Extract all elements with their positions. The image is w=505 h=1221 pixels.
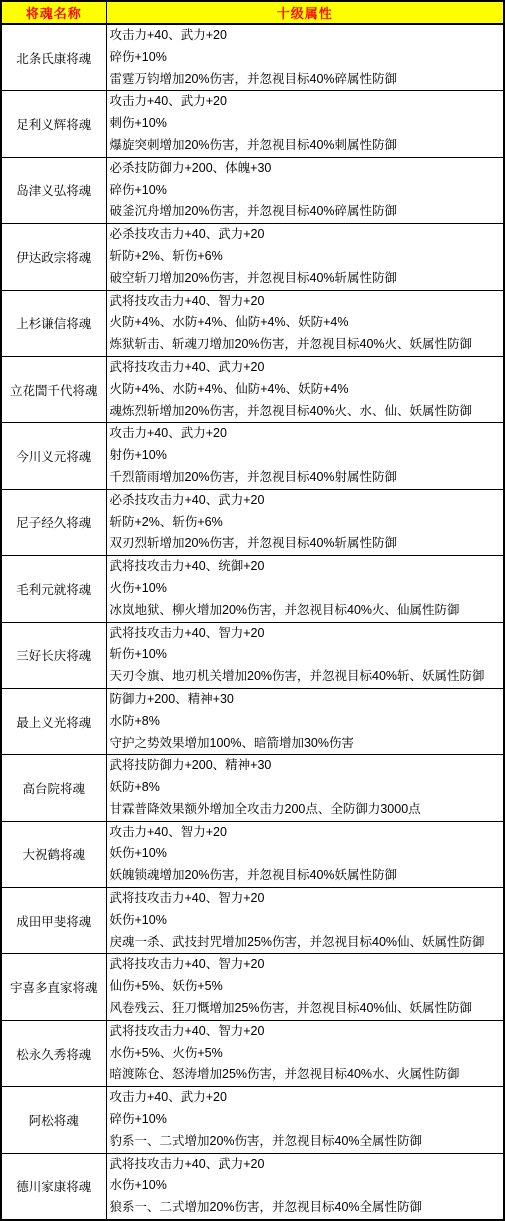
attribute-line: 火伤+10%: [110, 578, 503, 600]
attribute-line: 攻击力+40、武力+20: [110, 1087, 503, 1109]
attributes-cell: 武将技攻击力+40、智力+20火防+4%、水防+4%、仙防+4%、妖防+4%炼狱…: [106, 290, 504, 356]
attribute-line: 火防+4%、水防+4%、仙防+4%、妖防+4%: [110, 379, 503, 401]
attributes-cell: 武将技攻击力+40、智力+20仙伤+5%、妖伤+5%风卷残云、狂刀慨增加25%伤…: [106, 954, 504, 1020]
table-row: 成田甲斐将魂武将技攻击力+40、智力+20妖伤+10%戻魂一杀、武技封咒增加25…: [1, 888, 504, 954]
attribute-line: 水防+8%: [110, 711, 503, 733]
table-row: 毛利元就将魂武将技攻击力+40、统御+20火伤+10%冰岚地狱、柳火增加20%伤…: [1, 556, 504, 622]
attributes-cell: 武将技防御力+200、精神+30妖防+8%甘霖普降效果额外增加全攻击力200点、…: [106, 755, 504, 821]
table-row: 高台院将魂武将技防御力+200、精神+30妖防+8%甘霖普降效果额外增加全攻击力…: [1, 755, 504, 821]
attribute-line: 天刃令旗、地刃机关增加20%伤害，并忽视目标40%斩、妖属性防御: [110, 666, 503, 688]
attribute-line: 妖魄锁魂增加20%伤害，并忽视目标40%妖属性防御: [110, 865, 503, 887]
table-row: 最上义光将魂防御力+200、精神+30水防+8%守护之势效果增加100%、暗箭增…: [1, 688, 504, 754]
soul-name: 三好长庆将魂: [1, 622, 106, 688]
header-level10-attributes: 十级属性: [106, 1, 504, 24]
soul-name: 上杉谦信将魂: [1, 290, 106, 356]
attribute-line: 碎伤+10%: [110, 180, 503, 202]
attribute-line: 狼系一、二式增加20%伤害，并忽视目标40%全属性防御: [110, 1197, 503, 1219]
header-soul-name: 将魂名称: [1, 1, 106, 24]
attribute-line: 破釜沉舟增加20%伤害，并忽视目标40%碎属性防御: [110, 201, 503, 223]
table-row: 今川义元将魂攻击力+40、武力+20射伤+10%千烈箭雨增加20%伤害，并忽视目…: [1, 423, 504, 489]
attributes-cell: 武将技攻击力+40、武力+20火防+4%、水防+4%、仙防+4%、妖防+4%魂炼…: [106, 356, 504, 422]
attribute-line: 炼狱斩击、斩魂刀增加20%伤害，并忽视目标40%火、妖属性防御: [110, 334, 503, 356]
attribute-line: 攻击力+40、武力+20: [110, 25, 503, 47]
attributes-cell: 攻击力+40、智力+20妖伤+10%妖魄锁魂增加20%伤害，并忽视目标40%妖属…: [106, 821, 504, 887]
attributes-cell: 攻击力+40、武力+20碎伤+10%豹系一、二式增加20%伤害，并忽视目标40%…: [106, 1087, 504, 1153]
attribute-line: 斩伤+10%: [110, 644, 503, 666]
attribute-line: 武将技攻击力+40、武力+20: [110, 1154, 503, 1176]
soul-name: 高台院将魂: [1, 755, 106, 821]
attributes-cell: 防御力+200、精神+30水防+8%守护之势效果增加100%、暗箭增加30%伤害: [106, 688, 504, 754]
table-row: 伊达政宗将魂必杀技攻击力+40、武力+20斩防+2%、斩伤+6%破空斩刀增加20…: [1, 224, 504, 290]
attribute-line: 暗渡陈仓、怒涛增加25%伤害，并忽视目标40%水、火属性防御: [110, 1064, 503, 1086]
attribute-line: 武将技攻击力+40、智力+20: [110, 1021, 503, 1043]
soul-name: 足利义辉将魂: [1, 91, 106, 157]
attribute-line: 水伤+10%: [110, 1175, 503, 1197]
soul-name: 松永久秀将魂: [1, 1020, 106, 1086]
table-body: 北条氏康将魂攻击力+40、武力+20碎伤+10%雷霆万钧增加20%伤害，并忽视目…: [1, 24, 504, 1220]
attribute-line: 妖伤+10%: [110, 843, 503, 865]
attributes-cell: 攻击力+40、武力+20碎伤+10%雷霆万钧增加20%伤害，并忽视目标40%碎属…: [106, 24, 504, 91]
attribute-line: 武将技攻击力+40、智力+20: [110, 291, 503, 313]
attribute-line: 破空斩刀增加20%伤害，并忽视目标40%斩属性防御: [110, 268, 503, 290]
attribute-line: 风卷残云、狂刀慨增加25%伤害，并忽视目标40%仙、妖属性防御: [110, 998, 503, 1020]
table-row: 大祝鹤将魂攻击力+40、智力+20妖伤+10%妖魄锁魂增加20%伤害，并忽视目标…: [1, 821, 504, 887]
attributes-cell: 武将技攻击力+40、智力+20妖伤+10%戻魂一杀、武技封咒增加25%伤害，并忽…: [106, 888, 504, 954]
table-row: 上杉谦信将魂武将技攻击力+40、智力+20火防+4%、水防+4%、仙防+4%、妖…: [1, 290, 504, 356]
attribute-line: 攻击力+40、智力+20: [110, 822, 503, 844]
soul-name: 德川家康将魂: [1, 1153, 106, 1220]
attribute-line: 攻击力+40、武力+20: [110, 91, 503, 113]
table-row: 宇喜多直家将魂武将技攻击力+40、智力+20仙伤+5%、妖伤+5%风卷残云、狂刀…: [1, 954, 504, 1020]
attribute-line: 双刃烈斩增加20%伤害，并忽视目标40%斩属性防御: [110, 533, 503, 555]
attribute-line: 防御力+200、精神+30: [110, 689, 503, 711]
attribute-line: 斩防+2%、斩伤+6%: [110, 246, 503, 268]
soul-attributes-table: 将魂名称 十级属性 北条氏康将魂攻击力+40、武力+20碎伤+10%雷霆万钧增加…: [0, 0, 505, 1221]
attribute-line: 刺伤+10%: [110, 113, 503, 135]
attributes-cell: 必杀技攻击力+40、武力+20斩防+2%、斩伤+6%破空斩刀增加20%伤害，并忽…: [106, 224, 504, 290]
soul-name: 伊达政宗将魂: [1, 224, 106, 290]
table-row: 尼子经久将魂必杀技攻击力+40、武力+20斩防+2%、斩伤+6%双刃烈斩增加20…: [1, 489, 504, 555]
table-row: 立花誾千代将魂武将技攻击力+40、武力+20火防+4%、水防+4%、仙防+4%、…: [1, 356, 504, 422]
attribute-line: 射伤+10%: [110, 445, 503, 467]
attribute-line: 武将技攻击力+40、智力+20: [110, 623, 503, 645]
attribute-line: 必杀技防御力+200、体魄+30: [110, 158, 503, 180]
attribute-line: 碎伤+10%: [110, 47, 503, 69]
table-row: 阿松将魂攻击力+40、武力+20碎伤+10%豹系一、二式增加20%伤害，并忽视目…: [1, 1087, 504, 1153]
attribute-line: 妖防+8%: [110, 777, 503, 799]
attribute-line: 戻魂一杀、武技封咒增加25%伤害，并忽视目标40%仙、妖属性防御: [110, 932, 503, 954]
attribute-line: 魂炼烈斩增加20%伤害，并忽视目标40%火、水、仙、妖属性防御: [110, 401, 503, 423]
attribute-line: 冰岚地狱、柳火增加20%伤害，并忽视目标40%火、仙属性防御: [110, 600, 503, 622]
attribute-line: 千烈箭雨增加20%伤害，并忽视目标40%射属性防御: [110, 467, 503, 489]
attribute-line: 武将技攻击力+40、武力+20: [110, 357, 503, 379]
attribute-line: 武将技攻击力+40、统御+20: [110, 556, 503, 578]
attribute-line: 攻击力+40、武力+20: [110, 423, 503, 445]
soul-name: 北条氏康将魂: [1, 24, 106, 91]
table-row: 岛津义弘将魂必杀技防御力+200、体魄+30碎伤+10%破釜沉舟增加20%伤害，…: [1, 157, 504, 223]
soul-name: 岛津义弘将魂: [1, 157, 106, 223]
attributes-cell: 攻击力+40、武力+20刺伤+10%爆旋突刺增加20%伤害，并忽视目标40%刺属…: [106, 91, 504, 157]
attribute-line: 必杀技攻击力+40、武力+20: [110, 224, 503, 246]
soul-name: 宇喜多直家将魂: [1, 954, 106, 1020]
attribute-line: 仙伤+5%、妖伤+5%: [110, 976, 503, 998]
attribute-line: 武将技攻击力+40、智力+20: [110, 954, 503, 976]
attributes-cell: 武将技攻击力+40、统御+20火伤+10%冰岚地狱、柳火增加20%伤害，并忽视目…: [106, 556, 504, 622]
attribute-line: 妖伤+10%: [110, 910, 503, 932]
attributes-cell: 攻击力+40、武力+20射伤+10%千烈箭雨增加20%伤害，并忽视目标40%射属…: [106, 423, 504, 489]
attribute-line: 武将技攻击力+40、智力+20: [110, 888, 503, 910]
table-row: 三好长庆将魂武将技攻击力+40、智力+20斩伤+10%天刃令旗、地刃机关增加20…: [1, 622, 504, 688]
attribute-line: 甘霖普降效果额外增加全攻击力200点、全防御力3000点: [110, 799, 503, 821]
attributes-cell: 武将技攻击力+40、智力+20斩伤+10%天刃令旗、地刃机关增加20%伤害，并忽…: [106, 622, 504, 688]
soul-name: 阿松将魂: [1, 1087, 106, 1153]
attribute-line: 斩防+2%、斩伤+6%: [110, 512, 503, 534]
soul-name: 最上义光将魂: [1, 688, 106, 754]
soul-name: 大祝鹤将魂: [1, 821, 106, 887]
attribute-line: 水伤+5%、火伤+5%: [110, 1043, 503, 1065]
attribute-line: 火防+4%、水防+4%、仙防+4%、妖防+4%: [110, 312, 503, 334]
header-row: 将魂名称 十级属性: [1, 1, 504, 24]
table-row: 德川家康将魂武将技攻击力+40、武力+20水伤+10%狼系一、二式增加20%伤害…: [1, 1153, 504, 1220]
attributes-cell: 必杀技攻击力+40、武力+20斩防+2%、斩伤+6%双刃烈斩增加20%伤害，并忽…: [106, 489, 504, 555]
attribute-line: 豹系一、二式增加20%伤害，并忽视目标40%全属性防御: [110, 1131, 503, 1153]
attribute-line: 武将技防御力+200、精神+30: [110, 755, 503, 777]
soul-name: 今川义元将魂: [1, 423, 106, 489]
attribute-line: 守护之势效果增加100%、暗箭增加30%伤害: [110, 733, 503, 755]
attributes-cell: 必杀技防御力+200、体魄+30碎伤+10%破釜沉舟增加20%伤害，并忽视目标4…: [106, 157, 504, 223]
attributes-cell: 武将技攻击力+40、武力+20水伤+10%狼系一、二式增加20%伤害，并忽视目标…: [106, 1153, 504, 1220]
table-row: 足利义辉将魂攻击力+40、武力+20刺伤+10%爆旋突刺增加20%伤害，并忽视目…: [1, 91, 504, 157]
attributes-cell: 武将技攻击力+40、智力+20水伤+5%、火伤+5%暗渡陈仓、怒涛增加25%伤害…: [106, 1020, 504, 1086]
soul-name: 立花誾千代将魂: [1, 356, 106, 422]
table-row: 松永久秀将魂武将技攻击力+40、智力+20水伤+5%、火伤+5%暗渡陈仓、怒涛增…: [1, 1020, 504, 1086]
attribute-line: 爆旋突刺增加20%伤害，并忽视目标40%刺属性防御: [110, 135, 503, 157]
soul-name: 毛利元就将魂: [1, 556, 106, 622]
soul-name: 成田甲斐将魂: [1, 888, 106, 954]
table-row: 北条氏康将魂攻击力+40、武力+20碎伤+10%雷霆万钧增加20%伤害，并忽视目…: [1, 24, 504, 91]
attribute-line: 碎伤+10%: [110, 1109, 503, 1131]
attribute-line: 必杀技攻击力+40、武力+20: [110, 490, 503, 512]
attribute-line: 雷霆万钧增加20%伤害，并忽视目标40%碎属性防御: [110, 69, 503, 91]
soul-name: 尼子经久将魂: [1, 489, 106, 555]
